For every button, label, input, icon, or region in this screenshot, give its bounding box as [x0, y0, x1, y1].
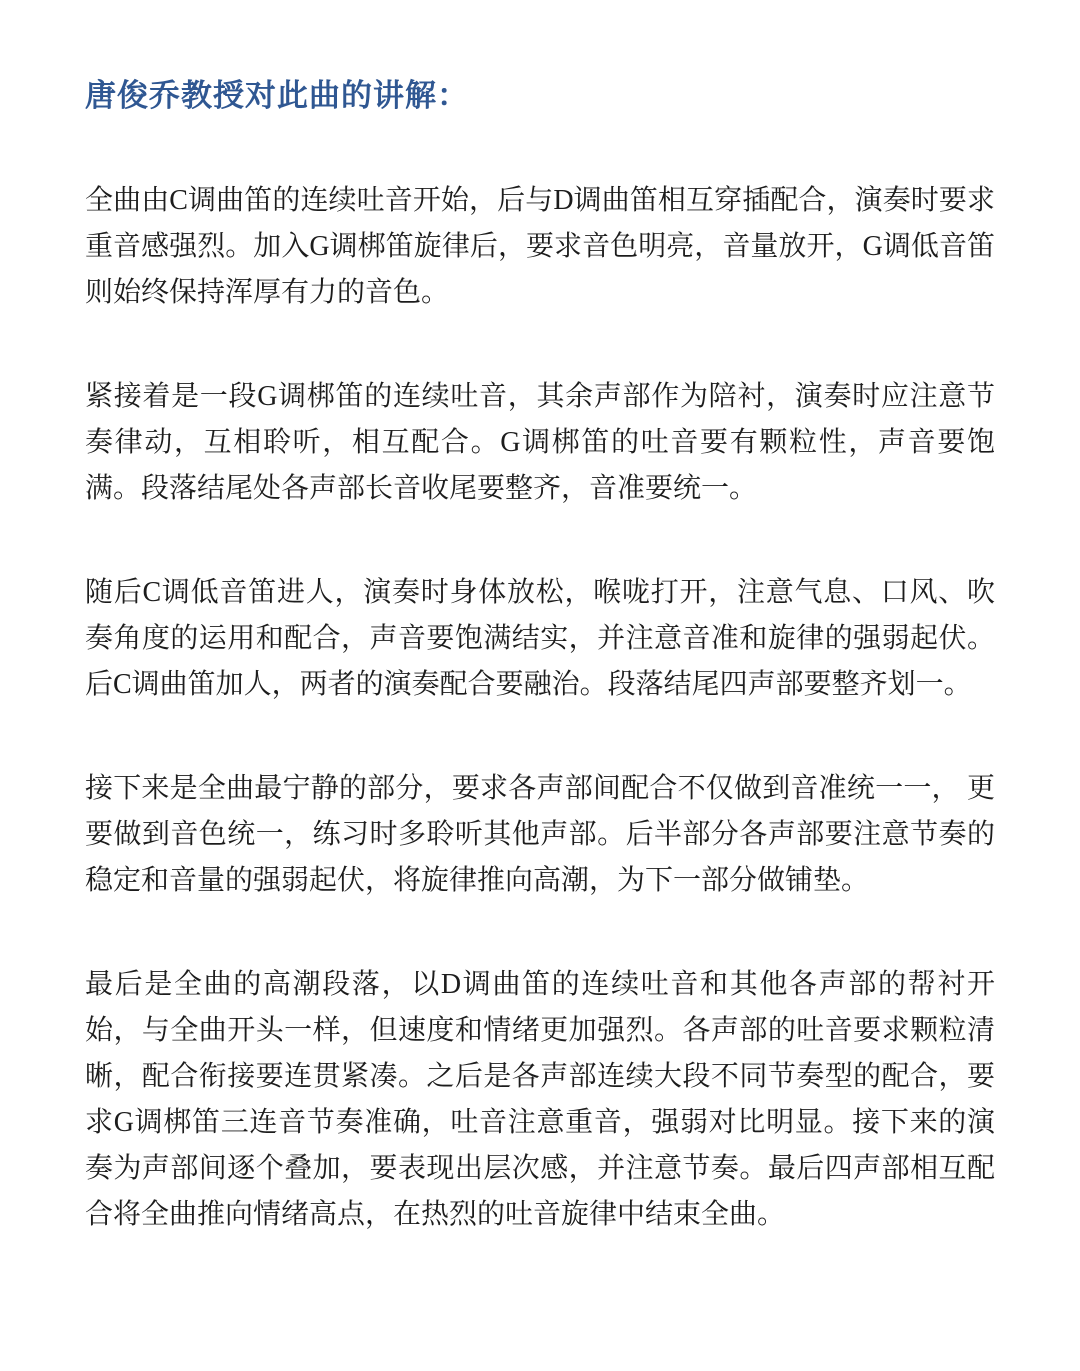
paragraph-3: 随后C调低音笛进人，演奏时身体放松，喉咙打开，注意气息、口风、吹奏角度的运用和配… — [85, 570, 995, 708]
article-page: 唐俊乔教授对此曲的讲解： 全曲由C调曲笛的连续吐音开始，后与D调曲笛相互穿插配合… — [0, 0, 1080, 1371]
paragraph-5: 最后是全曲的高潮段落，以D调曲笛的连续吐音和其他各声部的帮衬开始，与全曲开头一样… — [85, 962, 995, 1238]
paragraph-1: 全曲由C调曲笛的连续吐音开始，后与D调曲笛相互穿插配合，演奏时要求重音感强烈。加… — [85, 178, 995, 316]
article-heading: 唐俊乔教授对此曲的讲解： — [85, 76, 995, 116]
paragraph-4: 接下来是全曲最宁静的部分，要求各声部间配合不仅做到音准统一一， 更要做到音色统一… — [85, 766, 995, 904]
paragraph-2: 紧接着是一段G调梆笛的连续吐音，其余声部作为陪衬，演奏时应注意节奏律动，互相聆听… — [85, 374, 995, 512]
